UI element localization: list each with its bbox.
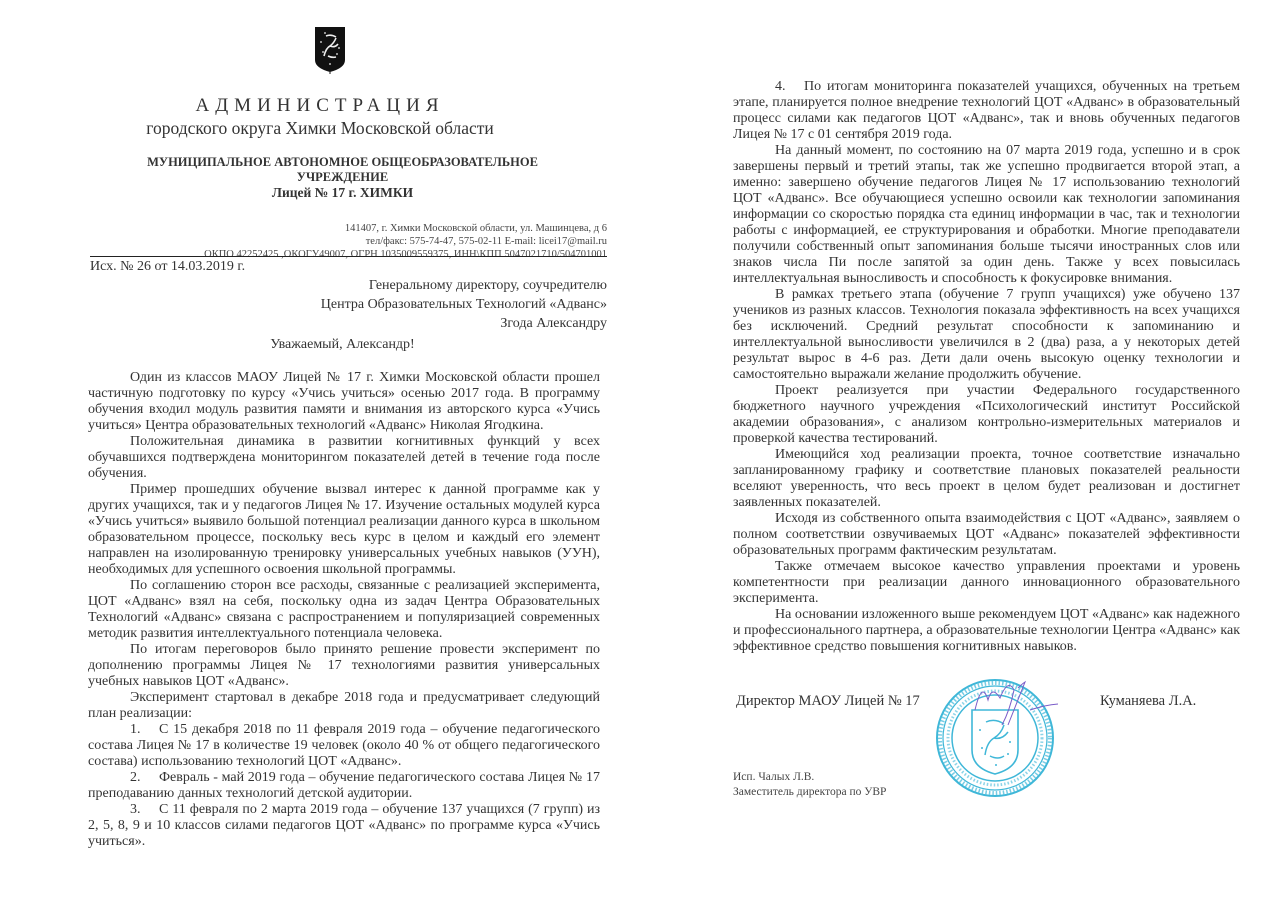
institution-name: Лицей № 17 г. ХИМКИ [0,185,640,201]
letter-body-right: 4.По итогам мониторинга показателей учащ… [733,79,1240,655]
recipient-line1: Генеральному директору, соучредителю [321,276,607,295]
paragraph: Эксперимент стартовал в декабре 2018 год… [88,690,600,722]
paragraph: По соглашению сторон все расходы, связан… [88,578,600,642]
paragraph: На основании изложенного выше рекомендуе… [733,607,1240,655]
plan-item-text: С 15 декабря 2018 по 11 февраля 2019 год… [88,722,600,769]
plan-item-number: 4. [775,79,804,95]
paragraph: Исходя из собственного опыта взаимодейст… [733,511,1240,559]
signatory-name: Куманяева Л.А. [1100,693,1196,710]
khimki-coat-of-arms-icon [314,26,346,74]
plan-item-number: 2. [130,770,159,786]
plan-item: 3.С 11 февраля по 2 марта 2019 года – об… [88,802,600,850]
letter-body-left: Один из классов МАОУ Лицей № 17 г. Химки… [88,370,600,850]
plan-item: 2.Февраль - май 2019 года – обучение пед… [88,770,600,802]
administration-subtitle: городского округа Химки Московской облас… [0,118,640,139]
plan-item-number: 1. [130,722,159,738]
letterhead-divider [90,256,607,257]
official-seal-stamp-icon [930,670,1060,800]
plan-item-text: Февраль - май 2019 года – обучение педаг… [88,770,600,801]
institution-type-line2: УЧРЕЖДЕНИЕ [0,170,640,185]
phones-email: тел/факс: 575-74-47, 575-02-11 E-mail: l… [204,235,607,248]
plan-item: 1.С 15 декабря 2018 по 11 февраля 2019 г… [88,722,600,770]
executor-block: Исп. Чалых Л.В. Заместитель директора по… [733,770,886,800]
salutation: Уважаемый, Александр! [0,337,640,353]
paragraph: Один из классов МАОУ Лицей № 17 г. Химки… [88,370,600,434]
administration-title: АДМИНИСТРАЦИЯ [0,95,640,117]
recipient-block: Генеральному директору, соучредителю Цен… [321,276,607,333]
paragraph: Положительная динамика в развитии когнит… [88,434,600,482]
paragraph: Проект реализуется при участии Федеральн… [733,383,1240,447]
executor-name: Исп. Чалых Л.В. [733,770,886,785]
address: 141407, г. Химки Московской области, ул.… [204,222,607,235]
letter-page-1: АДМИНИСТРАЦИЯ городского округа Химки Мо… [0,0,640,905]
paragraph: Также отмечаем высокое качество управлен… [733,559,1240,607]
plan-item: 4.По итогам мониторинга показателей учащ… [733,79,1240,143]
paragraph: На данный момент, по состоянию на 07 мар… [733,143,1240,287]
paragraph: Имеющийся ход реализации проекта, точное… [733,447,1240,511]
plan-item-text: С 11 февраля по 2 марта 2019 года – обуч… [88,802,600,849]
paragraph: Пример прошедших обучение вызвал интерес… [88,482,600,578]
paragraph: В рамках третьего этапа (обучение 7 груп… [733,287,1240,383]
outgoing-number: Исх. № 26 от 14.03.2019 г. [90,259,245,275]
executor-position: Заместитель директора по УВР [733,785,886,800]
signatory-title: Директор МАОУ Лицей № 17 [736,693,920,710]
institution-type-line1: МУНИЦИПАЛЬНОЕ АВТОНОМНОЕ ОБЩЕОБРАЗОВАТЕЛ… [0,155,640,170]
plan-item-text: По итогам мониторинга показателей учащих… [733,79,1240,142]
recipient-line2: Центра Образовательных Технологий «Адван… [321,295,607,314]
plan-item-number: 3. [130,802,159,818]
recipient-line3: Згода Александру [321,314,607,333]
registry-codes: ОКПО 42252425 ,ОКОГУ49007, ОГРН 10350095… [204,248,607,261]
paragraph: По итогам переговоров было принято решен… [88,642,600,690]
